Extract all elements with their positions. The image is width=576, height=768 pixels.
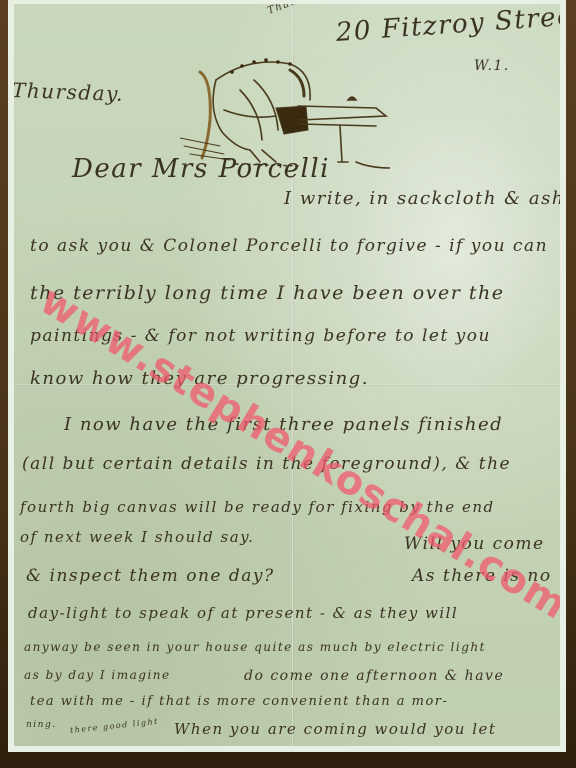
- letter-line-20: When you are coming would you let: [174, 720, 496, 738]
- letter-line-3: the terribly long time I have been over …: [30, 282, 504, 304]
- letter-day: Thursday.: [14, 78, 125, 106]
- letter-line-19: there good light: [70, 717, 160, 735]
- letter-line-17: tea with me - if that is more convenient…: [30, 694, 448, 709]
- letter-line-2: to ask you & Colonel Porcelli to forgive…: [30, 236, 548, 256]
- letter-line-15: as by day I imagine: [24, 668, 171, 682]
- address-street: 20 Fitzroy Street: [335, 4, 560, 48]
- letter-line-18: ning.: [26, 720, 57, 730]
- letter-line-14: anyway be seen in your house quite as mu…: [24, 640, 486, 654]
- address-postcode: W.1.: [474, 58, 510, 74]
- letter-line-16: do come one afternoon & have: [244, 668, 504, 684]
- letter-line-13: day-light to speak of at present - & as …: [28, 604, 458, 622]
- letter-paper: 20 Fitzroy Street W.1. Thursday. Thanks: [14, 4, 560, 746]
- letter-line-9: of next week I should say.: [20, 528, 254, 546]
- sketch-note: Thanks: [266, 4, 313, 17]
- salutation: Dear Mrs Porcelli: [72, 154, 330, 184]
- letter-line-1: I write, in sackcloth & ashes: [284, 188, 560, 209]
- ink-sketch-figure-at-table-icon: [180, 50, 390, 170]
- letter-line-11: & inspect them one day?: [26, 566, 275, 586]
